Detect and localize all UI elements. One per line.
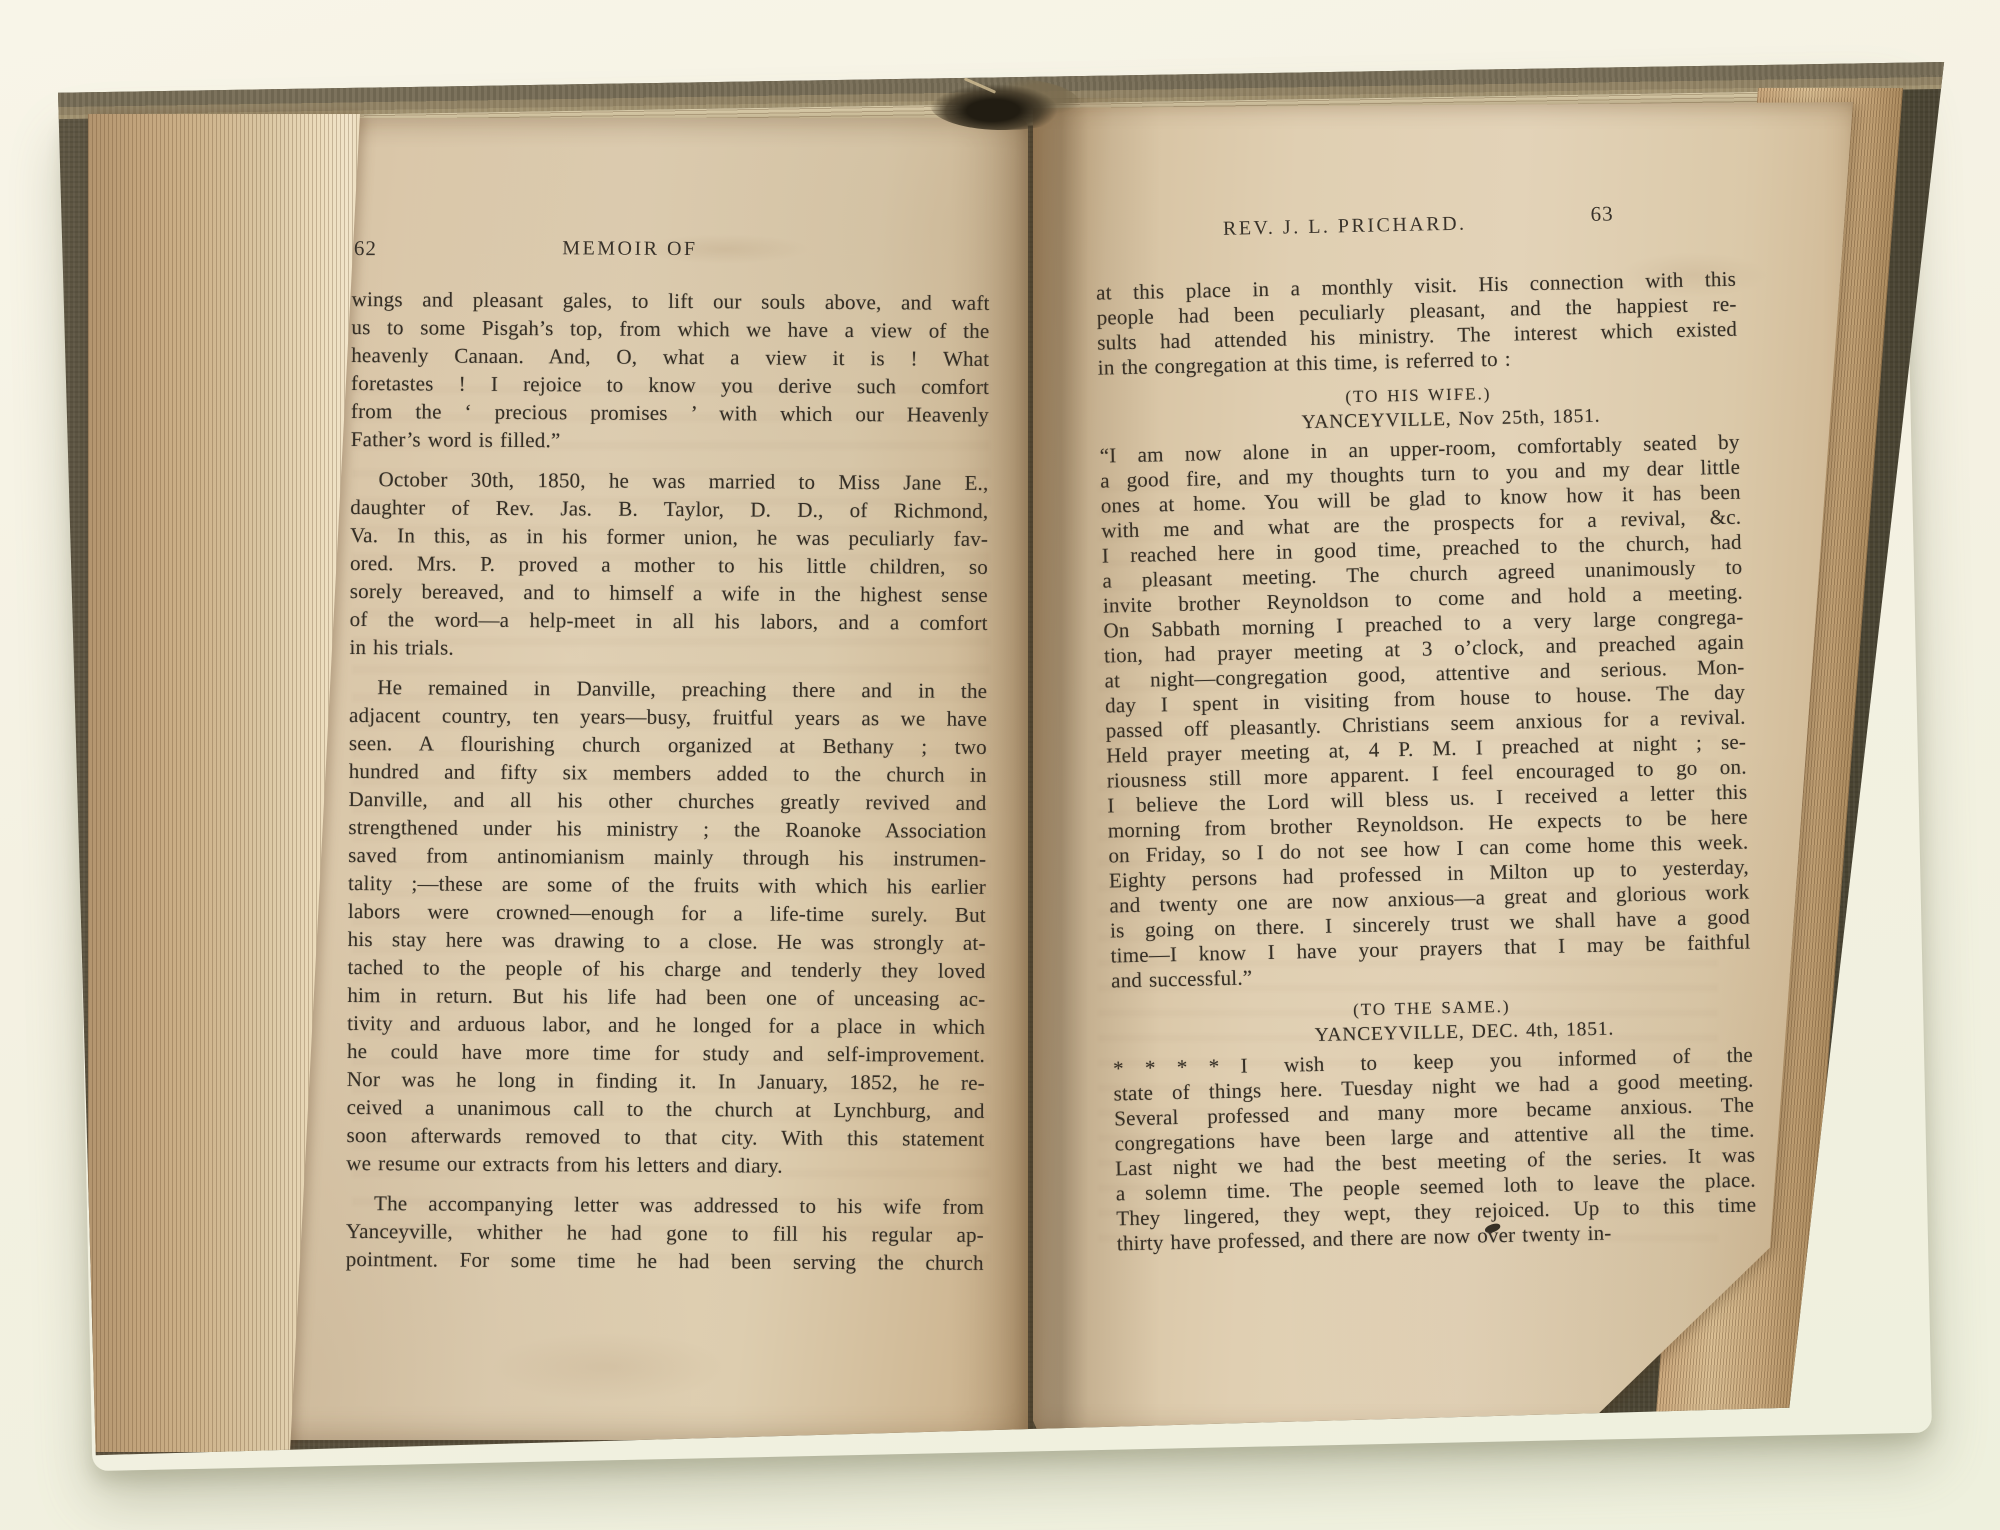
book: 62 MEMOIR OF wings and pleasant gales, t… — [58, 62, 1946, 1458]
text-line: heavenly Canaan. And, O, what a view it … — [351, 341, 989, 373]
text-line: Va. In this, as in his former union, he … — [350, 521, 988, 553]
text-line: ored. Mrs. P. proved a mother to his lit… — [350, 549, 988, 581]
text-line: in his trials. — [349, 633, 987, 665]
text-line: saved from antinomianism mainly through … — [348, 841, 986, 873]
right-page-body: at this place in a monthly visit. His co… — [1096, 267, 1757, 1257]
text-line: Danville, and all his other churches gre… — [348, 785, 986, 817]
left-running-head-row: 62 MEMOIR OF — [352, 236, 990, 280]
text-line: wings and pleasant gales, to lift our so… — [352, 285, 990, 317]
text-line: Yanceyville, whither he had gone to fill… — [346, 1217, 984, 1249]
text-line: of the word—a help-meet in all his labor… — [350, 605, 988, 637]
text-line: ceived a unanimous call to the church at… — [347, 1093, 985, 1125]
left-page-body: wings and pleasant gales, to lift our so… — [346, 285, 990, 1277]
text-line: He remained in Danville, preaching there… — [349, 673, 987, 705]
text-line: Father’s word is filled.” — [351, 425, 989, 457]
text-line: he could have more time for study and se… — [347, 1037, 985, 1069]
text-line: tivity and arduous labor, and he longed … — [347, 1009, 985, 1041]
text-line: him in return. But his life had been one… — [347, 981, 985, 1013]
text-line: labors were crowned—enough for a life-ti… — [348, 897, 986, 929]
text-line: foretastes ! I rejoice to know you deriv… — [351, 369, 989, 401]
photo-of-open-book: 62 MEMOIR OF wings and pleasant gales, t… — [0, 0, 2000, 1530]
text-line: daughter of Rev. Jas. B. Taylor, D. D., … — [350, 493, 988, 525]
page-number-right: 63 — [1590, 201, 1614, 226]
text-line: sorely bereaved, and to himself a wife i… — [350, 577, 988, 609]
text-line: adjacent country, ten years—busy, fruitf… — [349, 701, 987, 733]
text-line: The accompanying letter was addressed to… — [346, 1189, 984, 1221]
running-header-left: MEMOIR OF — [352, 236, 908, 262]
text-line: soon afterwards removed to that city. Wi… — [346, 1121, 984, 1153]
text-line: seen. A flourishing church organized at … — [349, 729, 987, 761]
text-line: us to some Pisgah’s top, from which we h… — [351, 313, 989, 345]
text-line: strengthened under his ministry ; the Ro… — [348, 813, 986, 845]
text-line: we resume our extracts from his letters … — [346, 1149, 984, 1181]
text-line: Nor was he long in finding it. In Januar… — [347, 1065, 985, 1097]
right-page-text: REV. J. L. PRICHARD. 63 at this place in… — [1095, 207, 1757, 1257]
left-page-text: 62 MEMOIR OF wings and pleasant gales, t… — [346, 236, 990, 1277]
text-line: pointment. For some time he had been ser… — [346, 1245, 984, 1277]
text-line: tached to the people of his charge and t… — [347, 953, 985, 985]
text-line: tality ;—these are some of the fruits wi… — [348, 869, 986, 901]
text-line: October 30th, 1850, he was married to Mi… — [350, 465, 988, 497]
text-line: his stay here was drawing to a close. He… — [348, 925, 986, 957]
text-line: from the ‘ precious promises ’ with whic… — [351, 397, 989, 429]
text-line: hundred and fifty six members added to t… — [349, 757, 987, 789]
